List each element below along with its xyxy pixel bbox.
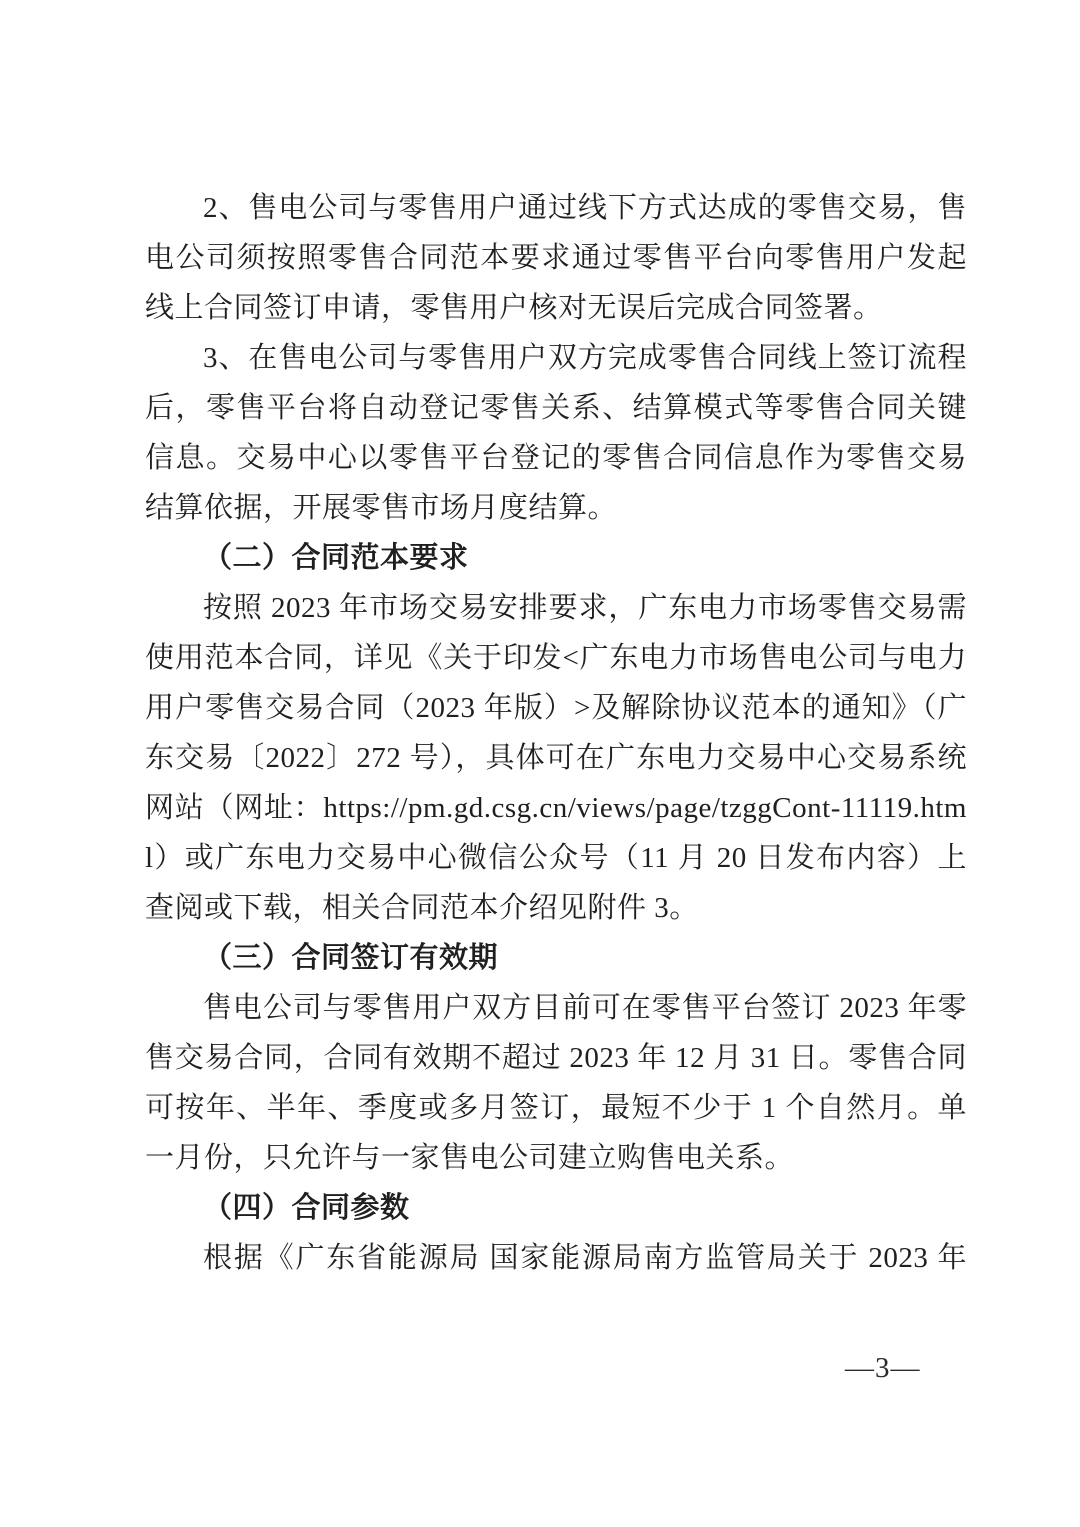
paragraph-contract-template-details: 按照 2023 年市场交易安排要求，广东电力市场零售交易需使用范本合同，详见《关… xyxy=(145,583,967,933)
section-heading-contract-validity: （三）合同签订有效期 xyxy=(145,933,967,983)
document-page: 2、售电公司与零售用户通过线下方式达成的零售交易，售电公司须按照零售合同范本要求… xyxy=(0,0,1080,1527)
paragraph-retail-contract-registration: 3、在售电公司与零售用户双方完成零售合同线上签订流程后，零售平台将自动登记零售关… xyxy=(145,333,967,533)
paragraph-retail-offline-signing: 2、售电公司与零售用户通过线下方式达成的零售交易，售电公司须按照零售合同范本要求… xyxy=(145,183,967,333)
page-number: —3— xyxy=(845,1348,921,1388)
section-heading-contract-template: （二）合同范本要求 xyxy=(145,533,967,583)
paragraph-contract-parameters-intro: 根据《广东省能源局 国家能源局南方监管局关于 2023 年 xyxy=(145,1233,967,1283)
document-content: 2、售电公司与零售用户通过线下方式达成的零售交易，售电公司须按照零售合同范本要求… xyxy=(145,183,967,1283)
section-heading-contract-parameters: （四）合同参数 xyxy=(145,1183,967,1233)
paragraph-contract-validity-details: 售电公司与零售用户双方目前可在零售平台签订 2023 年零售交易合同，合同有效期… xyxy=(145,983,967,1183)
